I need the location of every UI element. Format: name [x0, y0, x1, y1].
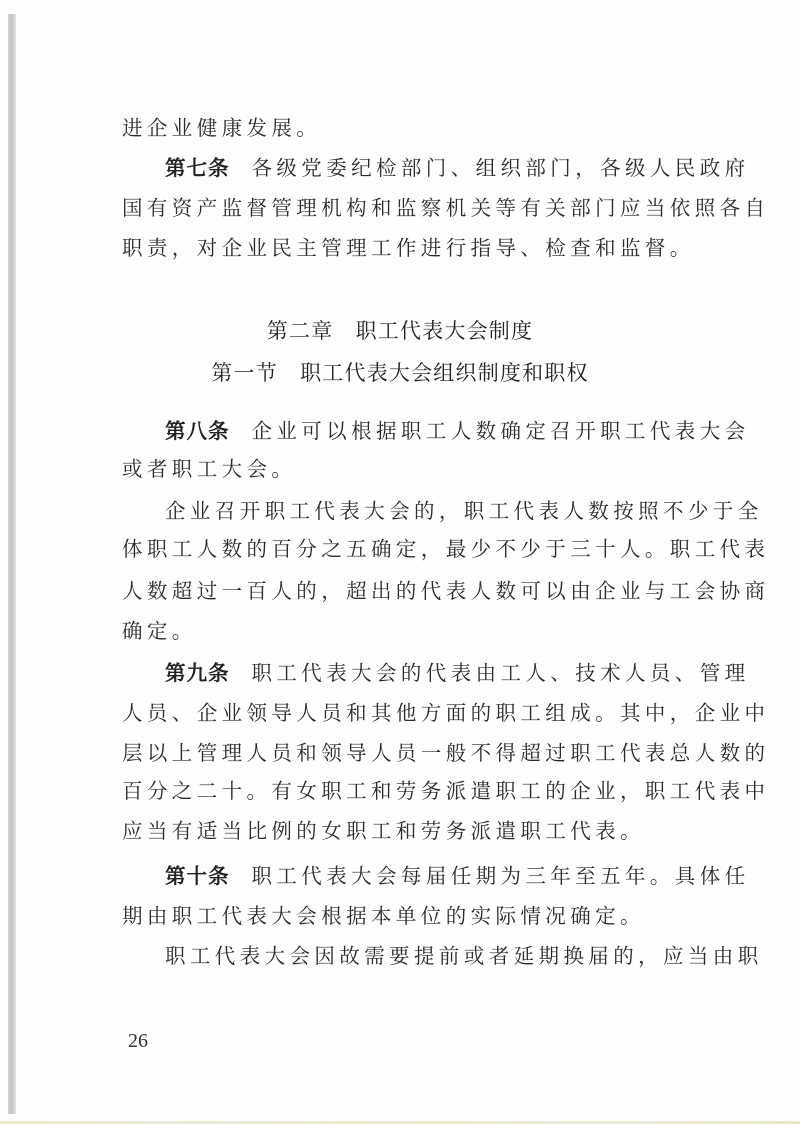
line-text: 期由职工代表大会根据本单位的实际情况确定。 — [122, 904, 645, 928]
article-8: 第八条企业可以根据职工人数确定召开职工代表大会 — [165, 419, 688, 443]
line-text: 职责，对企业民主管理工作进行指导、检查和监督。 — [122, 236, 695, 260]
text-line: 或者职工大会。 — [122, 457, 688, 481]
line-text: 国有资产监督管理机构和监察机关等有关部门应当依照各自 — [122, 196, 769, 220]
line-text: 职工代表大会每届任期为三年至五年。具体任 — [252, 864, 750, 888]
line-text: 体职工人数的百分之五确定，最少不少于三十人。职工代表 — [122, 537, 769, 561]
article-label: 第七条 — [165, 156, 230, 180]
chapter-heading: 第二章 职工代表大会制度 — [0, 319, 800, 343]
text-line: 层以上管理人员和领导人员一般不得超过职工代表总人数的 — [122, 741, 688, 765]
text-line: 职责，对企业民主管理工作进行指导、检查和监督。 — [122, 236, 688, 260]
line-text: 人数超过一百人的，超出的代表人数可以由企业与工会协商 — [122, 579, 769, 603]
document-page: 进企业健康发展。 第七条各级党委纪检部门、组织部门，各级人民政府 国有资产监督管… — [0, 0, 800, 1124]
article-10: 第十条职工代表大会每届任期为三年至五年。具体任 — [165, 864, 688, 888]
article-label: 第九条 — [165, 661, 230, 685]
line-text: 企业召开职工代表大会的，职工代表人数按照不少于全 — [165, 499, 763, 523]
article-9: 第九条职工代表大会的代表由工人、技术人员、管理 — [165, 661, 688, 685]
line-text: 层以上管理人员和领导人员一般不得超过职工代表总人数的 — [122, 741, 769, 765]
text-line: 百分之二十。有女职工和劳务派遣职工的企业，职工代表中 — [122, 779, 688, 803]
line-text: 职工代表大会因故需要提前或者延期换届的，应当由职 — [165, 944, 763, 968]
line-text: 人员、企业领导人员和其他方面的职工组成。其中，企业中 — [122, 701, 769, 725]
line-text: 进企业健康发展。 — [122, 116, 321, 140]
line-text: 各级党委纪检部门、组织部门，各级人民政府 — [252, 156, 750, 180]
text-line: 国有资产监督管理机构和监察机关等有关部门应当依照各自 — [122, 196, 688, 220]
article-label: 第八条 — [165, 419, 230, 443]
text-line: 应当有适当比例的女职工和劳务派遣职工代表。 — [122, 819, 688, 843]
page-number: 26 — [128, 1030, 148, 1053]
text-line: 体职工人数的百分之五确定，最少不少于三十人。职工代表 — [122, 537, 688, 561]
line-text: 企业可以根据职工人数确定召开职工代表大会 — [252, 419, 750, 443]
text-line: 人数超过一百人的，超出的代表人数可以由企业与工会协商 — [122, 579, 688, 603]
section-heading: 第一节 职工代表大会组织制度和职权 — [0, 361, 800, 385]
line-text: 百分之二十。有女职工和劳务派遣职工的企业，职工代表中 — [122, 779, 769, 803]
line-text: 应当有适当比例的女职工和劳务派遣职工代表。 — [122, 819, 645, 843]
article-label: 第十条 — [165, 864, 230, 888]
article-7: 第七条各级党委纪检部门、组织部门，各级人民政府 — [165, 156, 688, 180]
line-text: 确定。 — [122, 619, 197, 643]
text-line: 期由职工代表大会根据本单位的实际情况确定。 — [122, 904, 688, 928]
text-line: 进企业健康发展。 — [122, 116, 688, 140]
paragraph-start: 职工代表大会因故需要提前或者延期换届的，应当由职 — [165, 944, 688, 968]
paragraph-start: 企业召开职工代表大会的，职工代表人数按照不少于全 — [165, 499, 688, 523]
line-text: 或者职工大会。 — [122, 457, 296, 481]
text-line: 确定。 — [122, 619, 688, 643]
line-text: 职工代表大会的代表由工人、技术人员、管理 — [252, 661, 750, 685]
text-line: 人员、企业领导人员和其他方面的职工组成。其中，企业中 — [122, 701, 688, 725]
